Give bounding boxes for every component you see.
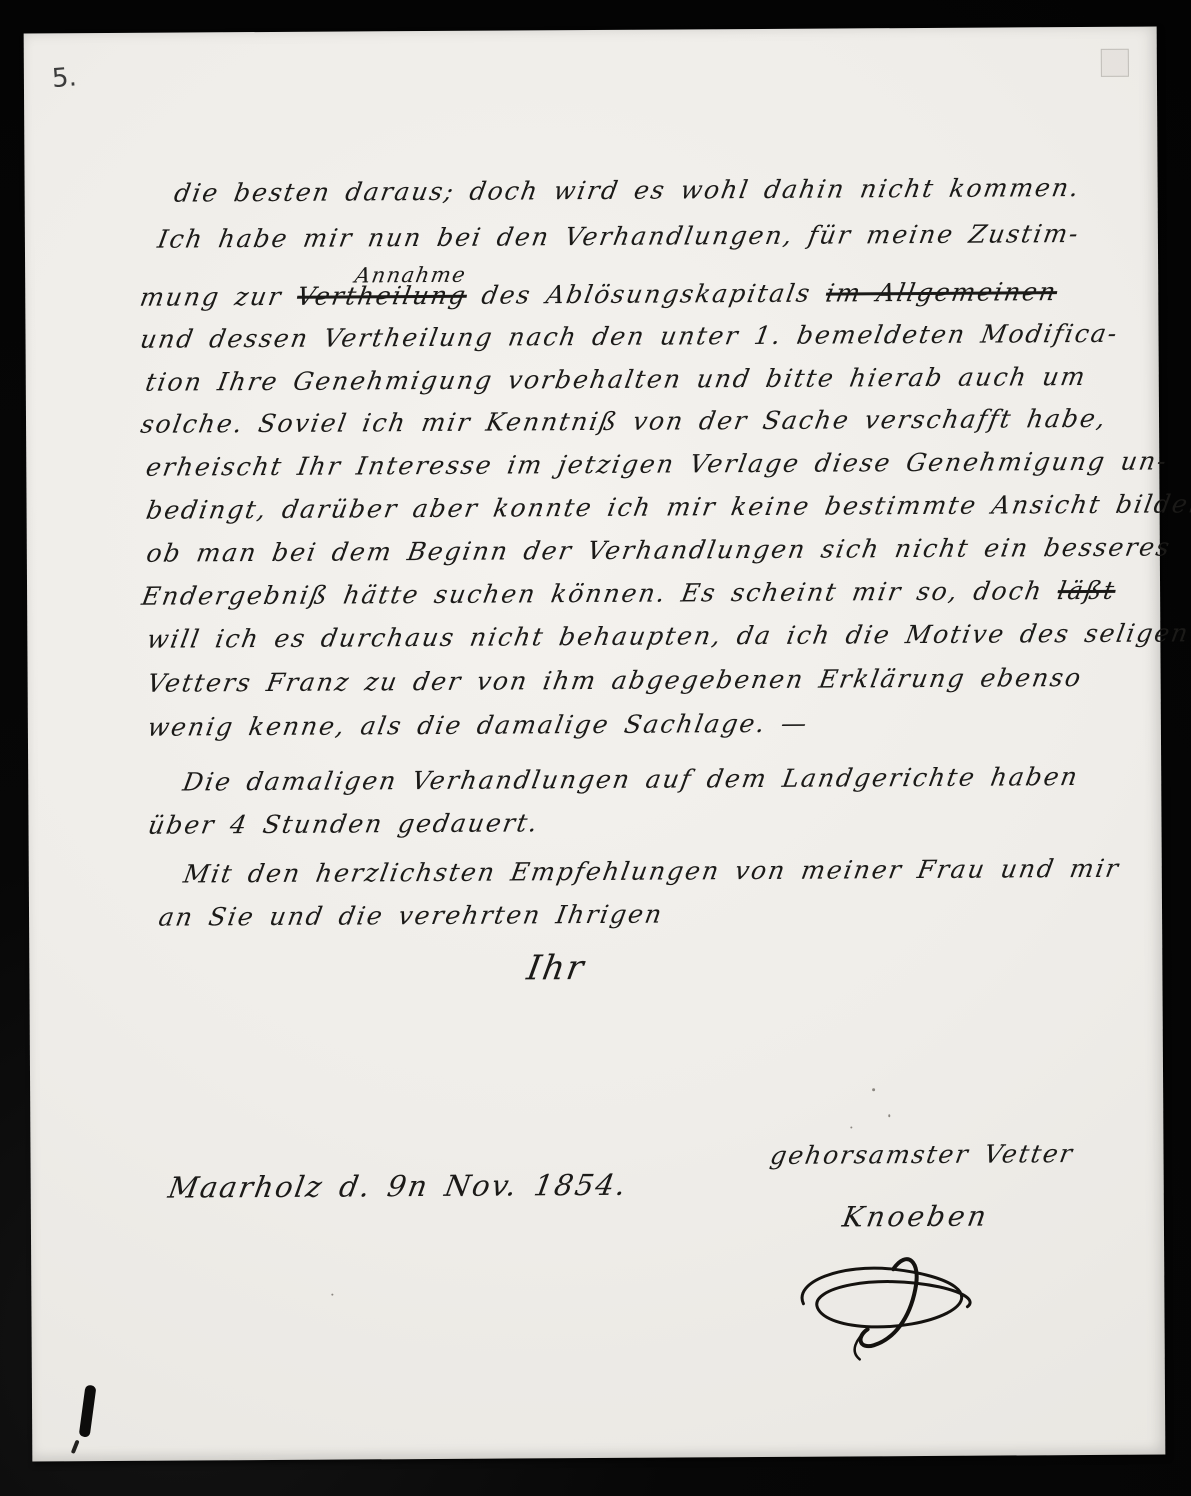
handwritten-segment: ob man bei dem Beginn der Verhandlungen … <box>144 532 1173 567</box>
handwritten-segment: an Sie und die verehrten Ihrigen <box>157 900 666 932</box>
handwritten-segment: Vetters Franz zu der von ihm abgegebenen… <box>145 663 1085 698</box>
letter-body: die besten daraus; doch wird es wohl dah… <box>24 27 1157 34</box>
handwritten-segment: mung zur <box>138 282 300 312</box>
handwritten-segment: solche. Soviel ich mir Kenntniß von der … <box>139 404 1110 439</box>
struck-through-text: läßt <box>1055 576 1118 605</box>
handwritten-line: mung zur Vertheilung des Ablösungskapita… <box>140 277 1057 312</box>
handwritten-segment: des Ablösungskapitals <box>464 279 828 310</box>
paper-speck <box>888 1114 890 1117</box>
handwritten-segment: erheischt Ihr Interesse im jetzigen Verl… <box>144 446 1170 481</box>
handwritten-segment: Ich habe mir nun bei den Verhandlungen, … <box>155 219 1082 254</box>
handwritten-segment: bedingt, darüber aber konnte ich mir kei… <box>144 489 1191 525</box>
handwritten-line: will ich es durchaus nicht behaupten, da… <box>147 618 1189 653</box>
handwritten-segment: Die damaligen Verhandlungen auf dem Land… <box>181 762 1082 797</box>
handwritten-segment: tion Ihre Genehmigung vorbehalten und bi… <box>143 362 1089 397</box>
handwritten-segment: wenig kenne, als die damalige Sachlage. … <box>145 709 810 742</box>
page-number-annotation: 5. <box>51 62 78 94</box>
handwritten-segment: und dessen Vertheilung nach den unter 1.… <box>138 319 1121 354</box>
ink-blot-mark <box>79 1385 97 1438</box>
handwritten-line: erheischt Ihr Interesse im jetzigen Verl… <box>146 446 1168 481</box>
struck-through-text: im Allgemeinen <box>824 277 1060 307</box>
signature-name: Knoeben <box>843 1200 989 1234</box>
signature-flourish <box>789 1232 1010 1363</box>
handwritten-line: und dessen Vertheilung nach den unter 1.… <box>140 319 1118 354</box>
handwritten-segment: Endergebniß hätte suchen können. Es sche… <box>140 576 1061 611</box>
paper-speck <box>331 1294 333 1296</box>
handwritten-line: die besten daraus; doch wird es wohl dah… <box>175 173 1081 208</box>
handwritten-line: bedingt, darüber aber konnte ich mir kei… <box>146 489 1191 525</box>
handwritten-line: wenig kenne, als die damalige Sachlage. … <box>148 709 809 742</box>
handwritten-line: an Sie und die verehrten Ihrigen <box>159 900 663 932</box>
handwritten-line: tion Ihre Genehmigung vorbehalten und bi… <box>146 362 1087 397</box>
dateline: Maarholz d. 9n Nov. 1854. <box>169 1168 628 1205</box>
handwritten-segment: Mit den herzlichsten Empfehlungen von me… <box>181 854 1122 889</box>
handwritten-segment: die besten daraus; doch wird es wohl dah… <box>172 173 1082 208</box>
handwritten-line: Vetters Franz zu der von ihm abgegebenen… <box>148 663 1083 698</box>
handwritten-line: Die damaligen Verhandlungen auf dem Land… <box>183 762 1079 796</box>
handwritten-segment: über 4 Stunden gedauert. <box>146 808 541 839</box>
valediction: gehorsamster Vetter <box>770 1139 1073 1170</box>
insertion-text: Annahme <box>353 263 468 288</box>
handwritten-line: über 4 Stunden gedauert. <box>148 808 539 839</box>
scanner-artifact <box>1101 49 1129 77</box>
handwritten-line: Endergebniß hätte suchen können. Es sche… <box>142 576 1116 611</box>
closing-pronoun: Ihr <box>527 948 585 988</box>
interlinear-insertion: Annahme <box>355 263 466 288</box>
paper-speck <box>850 1126 852 1128</box>
handwritten-line: Mit den herzlichsten Empfehlungen von me… <box>184 854 1120 889</box>
handwritten-line: ob man bei dem Beginn der Verhandlungen … <box>147 532 1171 567</box>
paper-speck <box>872 1088 875 1091</box>
handwritten-line: solche. Soviel ich mir Kenntniß von der … <box>141 404 1107 439</box>
scanned-letter: 5. die besten daraus; doch wird es wohl … <box>0 0 1191 1496</box>
handwritten-segment: will ich es durchaus nicht behaupten, da… <box>145 618 1191 653</box>
handwritten-line: Ich habe mir nun bei den Verhandlungen, … <box>158 219 1080 254</box>
letter-page: 5. die besten daraus; doch wird es wohl … <box>24 27 1166 1462</box>
